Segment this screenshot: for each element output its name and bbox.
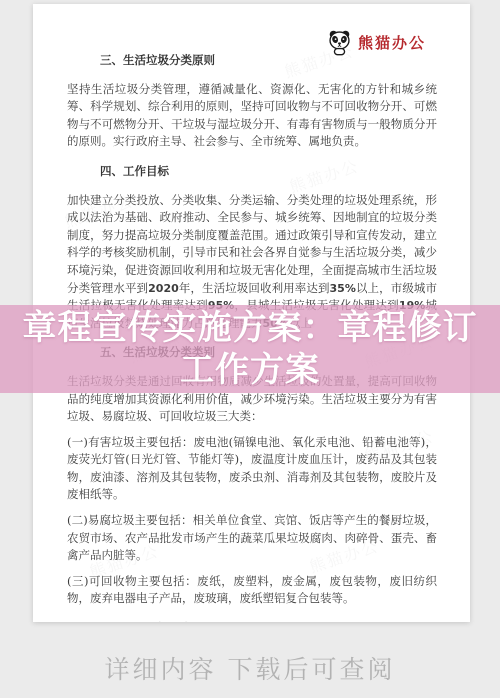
panda-logo-icon [326, 29, 353, 56]
doc-paragraph: (一)有害垃圾主要包括：废电池(镉镍电池、氧化汞电池、铅蓄电池等)，废荧光灯管(… [67, 434, 437, 504]
doc-heading: 六、生活垃圾分类设施建设 [67, 620, 437, 622]
doc-paragraph: (三)可回收物主要包括：废纸，废塑料，废金属，废包装物，废旧纺织物，废弃电器电子… [67, 573, 437, 608]
brand-name: 熊猫办公 [358, 32, 426, 53]
overlay-title-line1: 章程宣传实施方案：章程修订 [23, 307, 478, 349]
doc-heading: 四、工作目标 [67, 163, 437, 181]
preview-canvas: 熊猫办公 三、生活垃圾分类原则坚持生活垃圾分类管理，遵循减量化、资源化、无害化的… [0, 0, 500, 698]
footer-caption: 详细内容 下载后可查阅 [0, 650, 500, 686]
doc-paragraph: (二)易腐垃圾主要包括：相关单位食堂、宾馆、饭店等产生的餐厨垃圾，农贸市场、农产… [67, 512, 437, 565]
overlay-title-line2: 工作方案 [180, 349, 320, 391]
title-overlay-band: 章程宣传实施方案：章程修订 工作方案 [0, 305, 500, 393]
brand-logo: 熊猫办公 [326, 29, 426, 56]
doc-paragraph: 坚持生活垃圾分类管理，遵循减量化、资源化、无害化的方针和城乡统筹、科学规划、综合… [67, 81, 437, 151]
